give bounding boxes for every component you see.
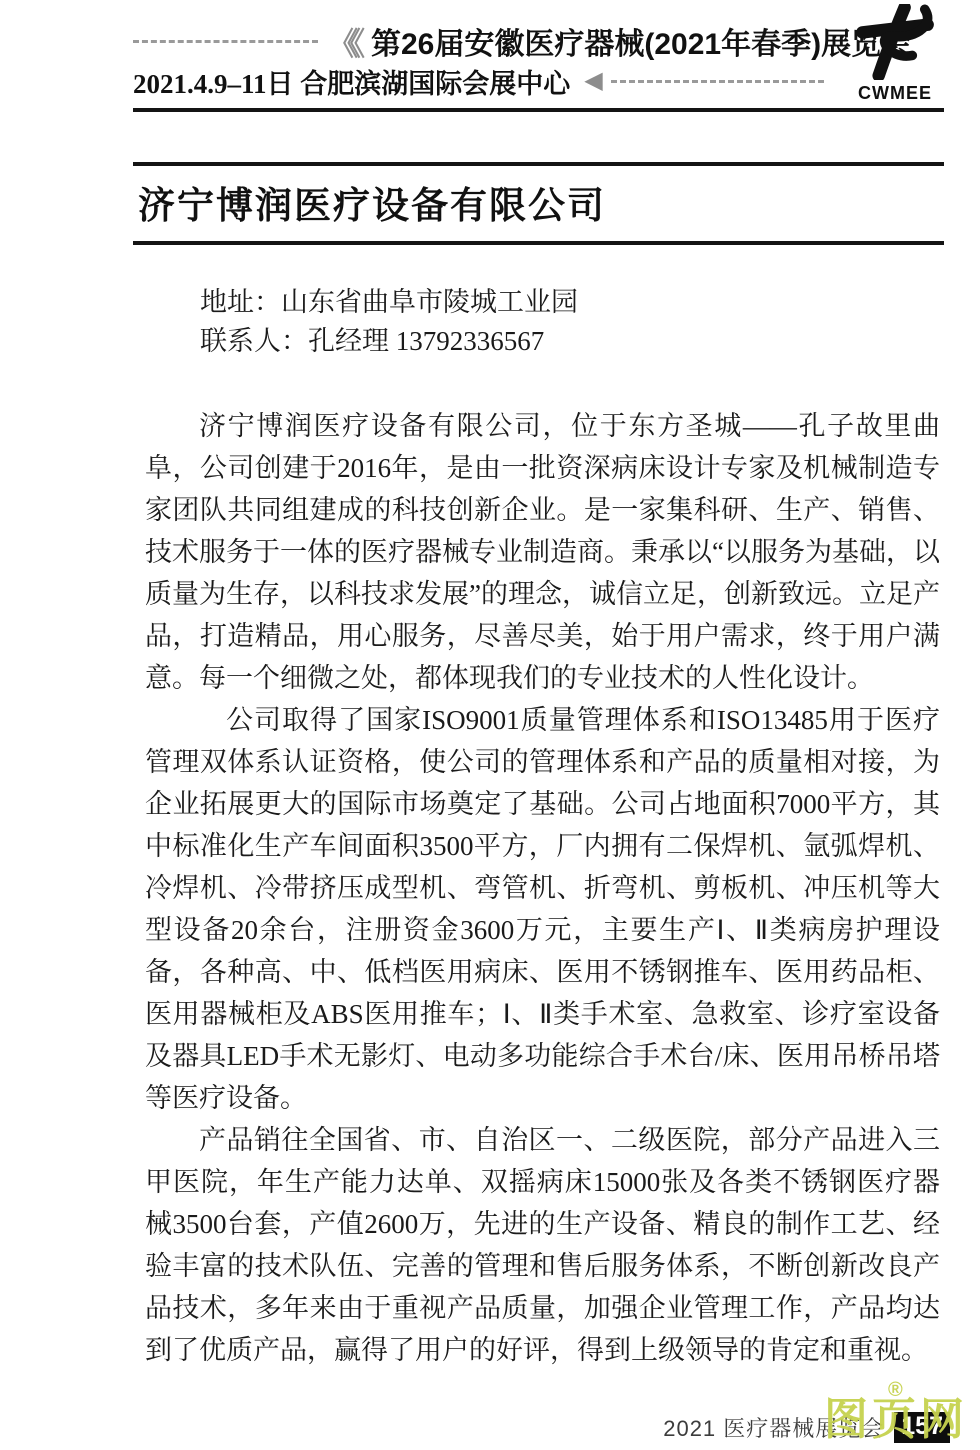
event-date-venue: 2021.4.9–11日 合肥滨湖国际会展中心 <box>133 62 570 101</box>
paragraph: 济宁博润医疗设备有限公司，位于东方圣城——孔子故里曲阜，公司创建于2016年，是… <box>145 405 940 699</box>
watermark: ® 图页网 <box>824 1398 968 1442</box>
paragraph: 产品销往全国省、市、自治区一、二级医院，部分产品进入三甲医院，年生产能力达单、双… <box>145 1119 940 1371</box>
left-arrow-icon: ◀ <box>584 69 602 93</box>
contact-line: 联系人：孔经理 13792336567 <box>200 322 944 361</box>
page-header: 《《 第26届安徽医疗器械(2021年春季)展览会 2021.4.9–11日 合… <box>133 20 944 112</box>
company-profile: 济宁博润医疗设备有限公司，位于东方圣城——孔子故里曲阜，公司创建于2016年，是… <box>145 405 940 1371</box>
address-line: 地址：山东省曲阜市陵城工业园 <box>200 283 944 322</box>
dashed-line-left <box>133 40 318 43</box>
company-name: 济宁博润医疗设备有限公司 <box>138 175 944 229</box>
header-row-2: 2021.4.9–11日 合肥滨湖国际会展中心 ◀ <box>133 62 944 100</box>
company-title-block: 济宁博润医疗设备有限公司 <box>133 162 944 245</box>
registered-mark-icon: ® <box>888 1380 903 1400</box>
cwmee-logo-mark <box>847 4 943 80</box>
cwmee-logo: CWMEE <box>834 4 956 104</box>
double-chevron-icon: 《《 <box>328 18 357 64</box>
contact-info: 地址：山东省曲阜市陵城工业园 联系人：孔经理 13792336567 <box>200 283 944 361</box>
cwmee-logo-text: CWMEE <box>834 83 956 104</box>
event-title: 第26届安徽医疗器械(2021年春季)展览会 <box>371 19 911 63</box>
header-row-1: 《《 第26届安徽医疗器械(2021年春季)展览会 <box>133 20 944 62</box>
catalog-page: 《《 第26届安徽医疗器械(2021年春季)展览会 2021.4.9–11日 合… <box>0 0 980 1450</box>
dashed-line-right <box>611 80 824 83</box>
paragraph: 公司取得了国家ISO9001质量管理体系和ISO13485用于医疗管理双体系认证… <box>145 699 940 1119</box>
watermark-text: 图页网 <box>824 1395 968 1444</box>
header-divider <box>133 108 944 112</box>
